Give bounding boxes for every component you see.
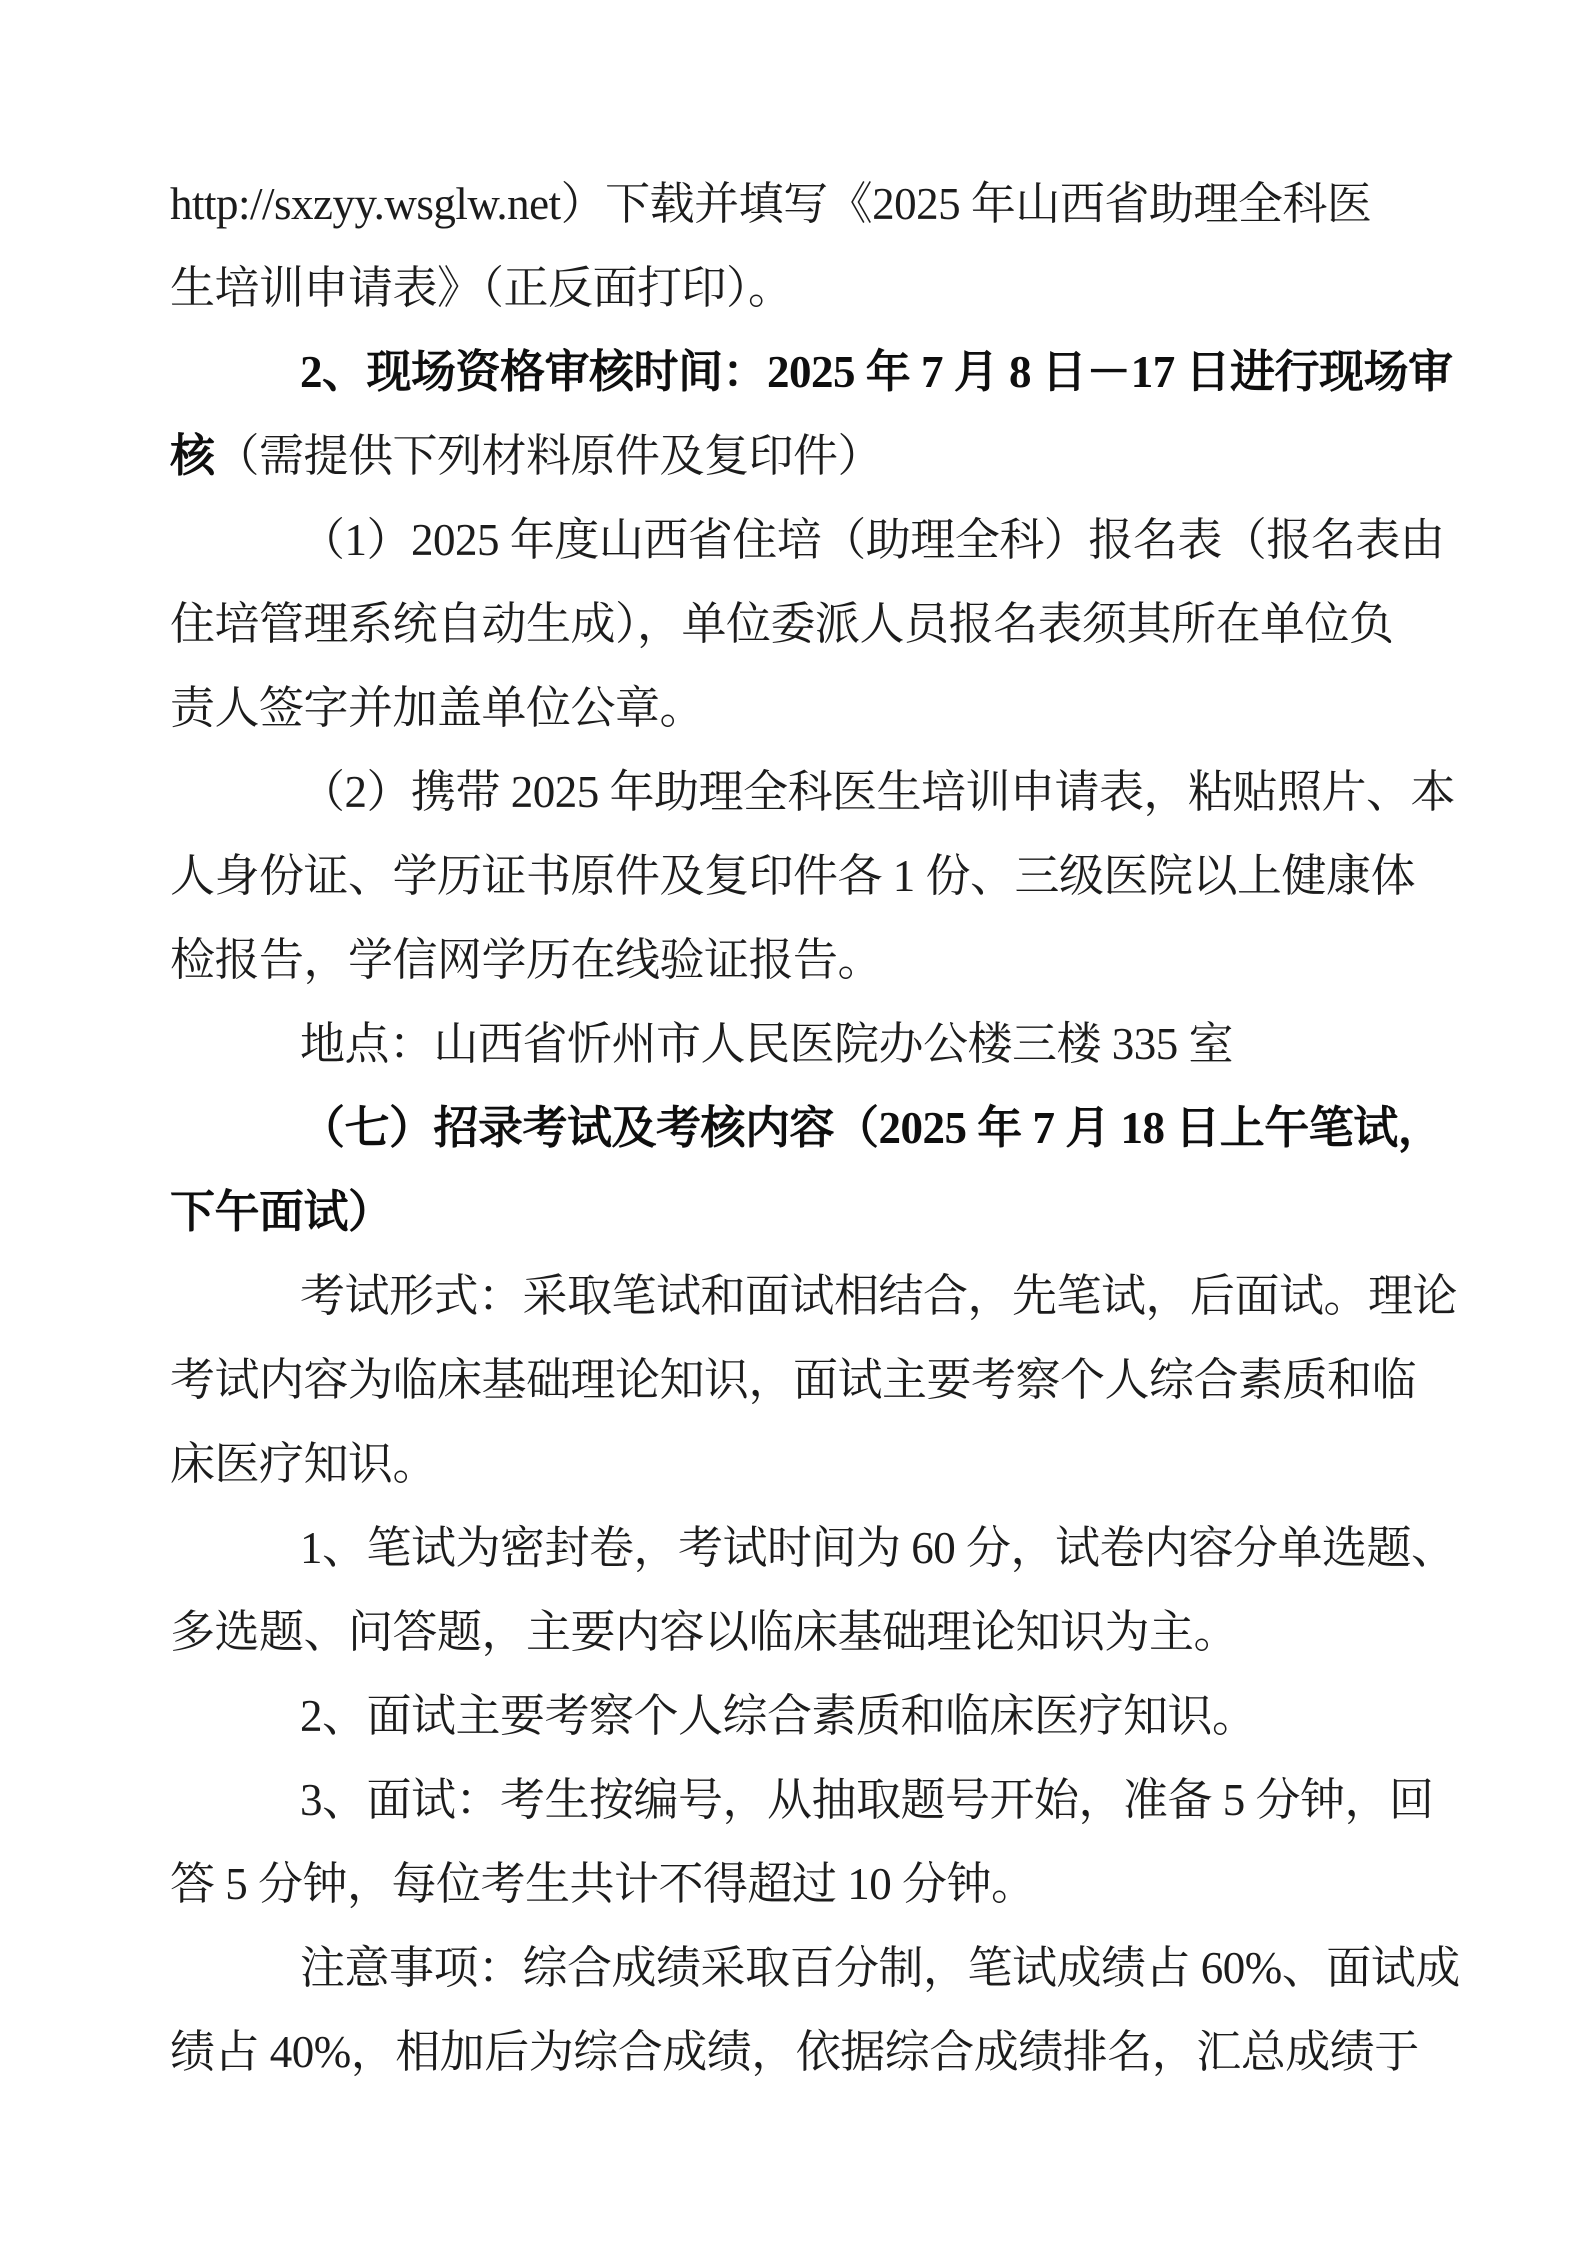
text-line: 注意事项：综合成绩采取百分制，笔试成绩占 60%、面试成 (170, 1926, 1497, 2010)
text-line: 人身份证、学历证书原件及复印件各 1 份、三级医院以上健康体 (170, 834, 1497, 918)
text-line: 床医疗知识。 (170, 1422, 1497, 1506)
document-page: http://sxzyy.wsglw.net）下载并填写《2025 年山西省助理… (0, 0, 1587, 2245)
text-run: 检报告，学信网学历在线验证报告。 (170, 935, 882, 985)
text-line: 2、面试主要考察个人综合素质和临床医疗知识。 (170, 1674, 1497, 1758)
bold-text-run: （七）招录考试及考核内容（2025 年 7 月 18 日上午笔试， (300, 1103, 1442, 1153)
text-line: 责人签字并加盖单位公章。 (170, 666, 1497, 750)
text-line: 核（需提供下列材料原件及复印件） (170, 414, 1497, 498)
text-line: （七）招录考试及考核内容（2025 年 7 月 18 日上午笔试， (170, 1086, 1497, 1170)
text-run: 答 5 分钟，每位考生共计不得超过 10 分钟。 (170, 1859, 1036, 1909)
text-line: 下午面试） (170, 1170, 1497, 1254)
text-line: 3、面试：考生按编号，从抽取题号开始，准备 5 分钟，回 (170, 1758, 1497, 1842)
text-line: 多选题、问答题，主要内容以临床基础理论知识为主。 (170, 1590, 1497, 1674)
text-run: 住培管理系统自动生成），单位委派人员报名表须其所在单位负 (170, 599, 1394, 649)
text-line: 绩占 40%，相加后为综合成绩，依据综合成绩排名，汇总成绩于 (170, 2010, 1497, 2094)
text-line: （2）携带 2025 年助理全科医生培训申请表，粘贴照片、本 (170, 750, 1497, 834)
text-run: （1）2025 年度山西省住培（助理全科）报名表（报名表由 (300, 515, 1444, 565)
text-line: http://sxzyy.wsglw.net）下载并填写《2025 年山西省助理… (170, 162, 1497, 246)
text-run: 考试形式：采取笔试和面试相结合，先笔试，后面试。理论 (300, 1271, 1457, 1321)
text-line: 答 5 分钟，每位考生共计不得超过 10 分钟。 (170, 1842, 1497, 1926)
text-run: 责人签字并加盖单位公章。 (170, 683, 704, 733)
text-run: 多选题、问答题，主要内容以临床基础理论知识为主。 (170, 1607, 1238, 1657)
text-run: 绩占 40%，相加后为综合成绩，依据综合成绩排名，汇总成绩于 (170, 2027, 1419, 2077)
text-line: 1、笔试为密封卷，考试时间为 60 分，试卷内容分单选题、 (170, 1506, 1497, 1590)
bold-text-run: 2、现场资格审核时间：2025 年 7 月 8 日－17 日进行现场审 (300, 347, 1453, 397)
text-line: （1）2025 年度山西省住培（助理全科）报名表（报名表由 (170, 498, 1497, 582)
text-run: 1、笔试为密封卷，考试时间为 60 分，试卷内容分单选题、 (300, 1523, 1456, 1573)
text-run: 人身份证、学历证书原件及复印件各 1 份、三级医院以上健康体 (170, 851, 1415, 901)
text-run: 生培训申请表》（正反面打印）。 (170, 263, 793, 313)
text-run: 考试内容为临床基础理论知识，面试主要考察个人综合素质和临 (170, 1355, 1416, 1405)
text-line: 地点：山西省忻州市人民医院办公楼三楼 335 室 (170, 1002, 1497, 1086)
text-run: 地点：山西省忻州市人民医院办公楼三楼 335 室 (300, 1019, 1233, 1069)
text-run: 床医疗知识。 (170, 1439, 437, 1489)
text-line: 考试内容为临床基础理论知识，面试主要考察个人综合素质和临 (170, 1338, 1497, 1422)
text-run: 注意事项：综合成绩采取百分制，笔试成绩占 60%、面试成 (300, 1943, 1460, 1993)
text-run: （需提供下列材料原件及复印件） (215, 431, 883, 481)
text-line: 住培管理系统自动生成），单位委派人员报名表须其所在单位负 (170, 582, 1497, 666)
bold-text-run: 核 (170, 431, 215, 481)
document-body: http://sxzyy.wsglw.net）下载并填写《2025 年山西省助理… (0, 0, 1587, 2094)
bold-text-run: 下午面试） (170, 1187, 393, 1237)
text-line: 生培训申请表》（正反面打印）。 (170, 246, 1497, 330)
text-run: http://sxzyy.wsglw.net）下载并填写《2025 年山西省助理… (170, 179, 1371, 229)
text-line: 考试形式：采取笔试和面试相结合，先笔试，后面试。理论 (170, 1254, 1497, 1338)
text-line: 2、现场资格审核时间：2025 年 7 月 8 日－17 日进行现场审 (170, 330, 1497, 414)
text-run: 2、面试主要考察个人综合素质和临床医疗知识。 (300, 1691, 1257, 1741)
text-run: （2）携带 2025 年助理全科医生培训申请表，粘贴照片、本 (300, 767, 1455, 817)
text-line: 检报告，学信网学历在线验证报告。 (170, 918, 1497, 1002)
text-run: 3、面试：考生按编号，从抽取题号开始，准备 5 分钟，回 (300, 1775, 1434, 1825)
